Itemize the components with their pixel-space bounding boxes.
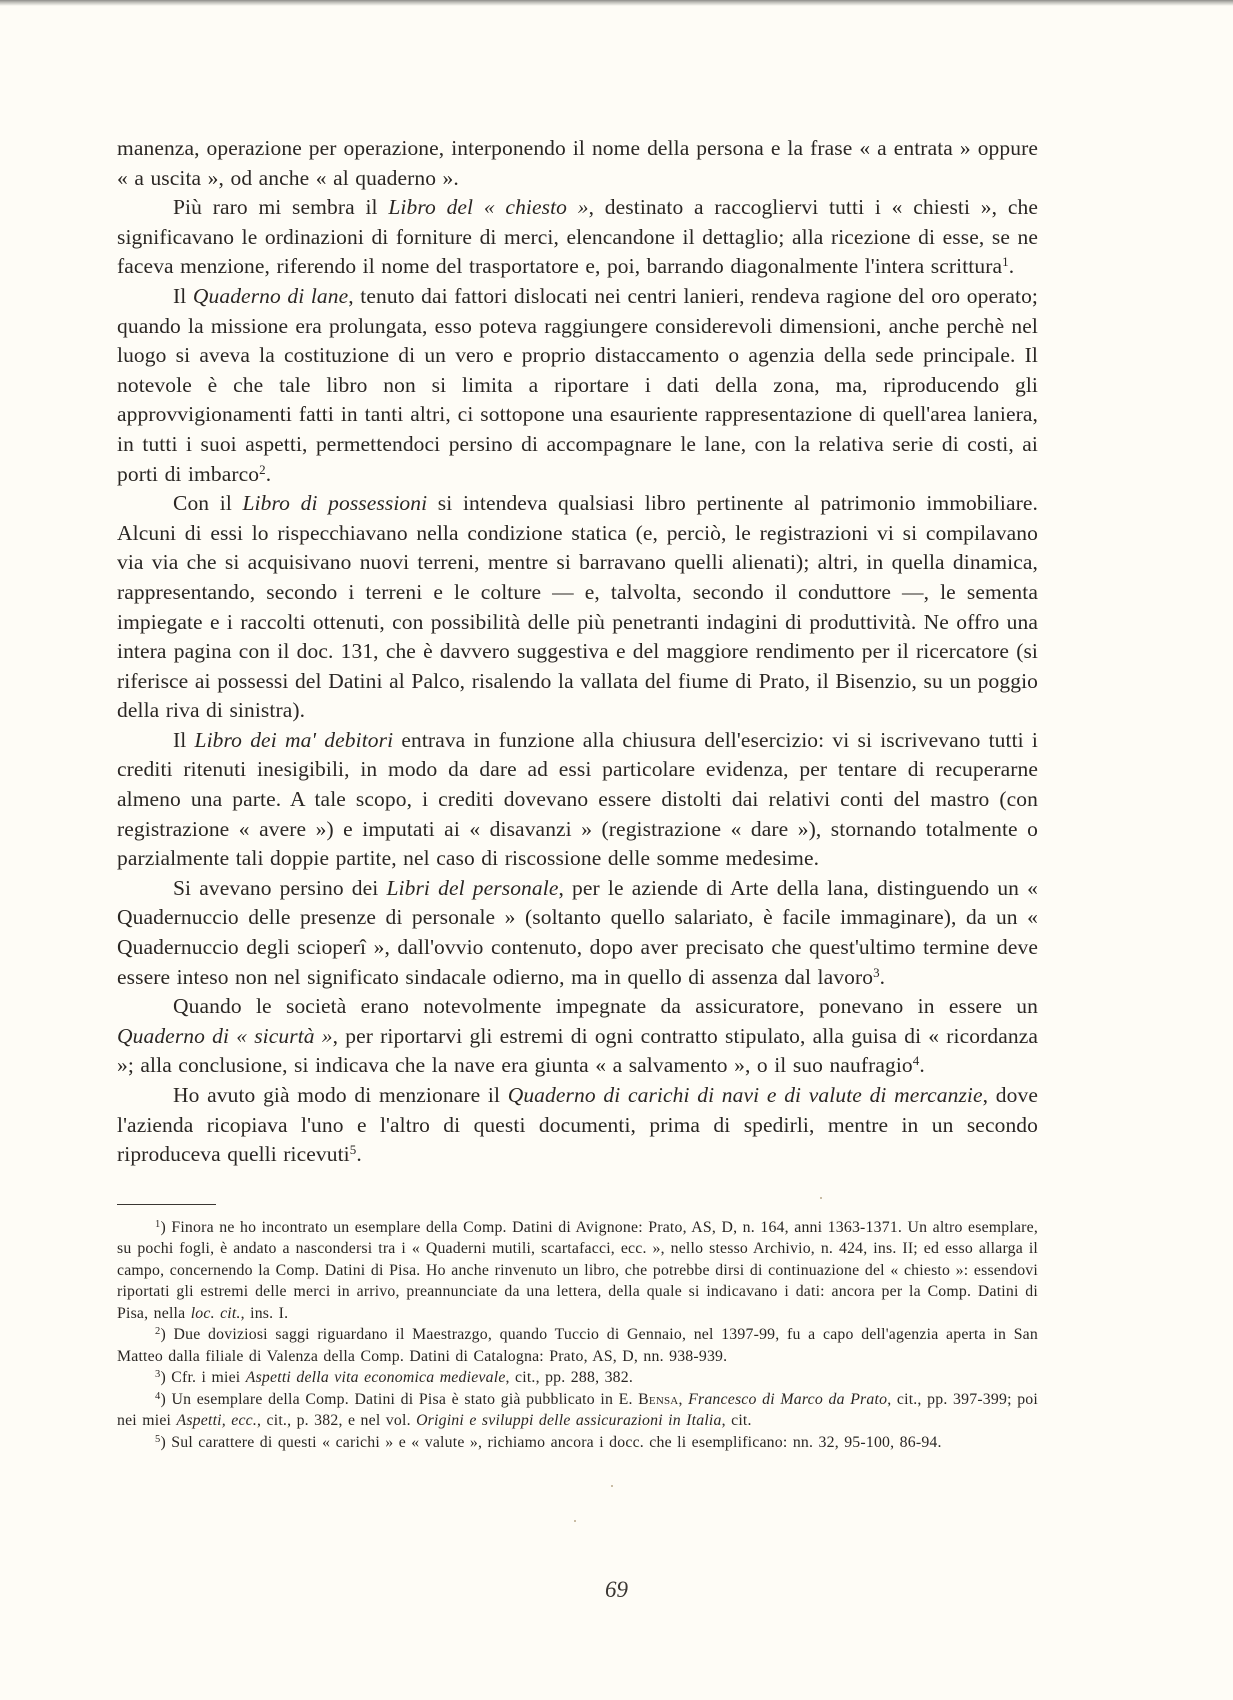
paragraph-libro-del-chiesto: Più raro mi sembra il Libro del « chiest… <box>117 193 1038 282</box>
italic-title: Aspetti, ecc. <box>176 1412 257 1429</box>
text-run: , <box>678 1391 688 1408</box>
italic-title: Libro del « chiesto » <box>388 195 588 219</box>
text-run: , cit., pp. 288, 382. <box>506 1369 633 1386</box>
text-run: . <box>1009 254 1014 278</box>
footnote-reference: 1 <box>1002 254 1009 269</box>
paragraph-libro-di-possessioni: Con il Libro di possessioni si intendeva… <box>117 489 1038 726</box>
footnote-4: 4) Un esemplare della Comp. Datini di Pi… <box>117 1389 1038 1432</box>
italic-title: loc. cit. <box>191 1305 241 1322</box>
italic-title: Francesco di Marco da Prato <box>688 1391 887 1408</box>
scan-speck <box>611 1485 613 1487</box>
italic-title: Quaderno di « sicurtà » <box>117 1024 333 1048</box>
italic-title: Libro dei ma' debitori <box>195 728 394 752</box>
paragraph: manenza, operazione per operazione, inte… <box>117 134 1038 193</box>
paragraph-libri-del-personale: Si avevano persino dei Libri del persona… <box>117 874 1038 992</box>
author-name: Bensa <box>638 1391 678 1408</box>
footnote-5: 5) Sul carattere di questi « carichi » e… <box>117 1432 1038 1454</box>
scan-speck <box>820 1197 822 1199</box>
text-run: . <box>356 1142 361 1166</box>
footnote-2: 2) Due doviziosi saggi riguardano il Mae… <box>117 1324 1038 1367</box>
footnote-reference: 2 <box>259 462 266 477</box>
body-text: manenza, operazione per operazione, inte… <box>117 134 1038 1170</box>
paragraph-libro-dei-ma-debitori: Il Libro dei ma' debitori entrava in fun… <box>117 726 1038 874</box>
text-run: . <box>919 1053 924 1077</box>
text-run: Il <box>173 728 195 752</box>
paragraph-quaderno-di-lane: Il Quaderno di lane, tenuto dai fattori … <box>117 282 1038 489</box>
paragraph-quaderno-di-sicurta: Quando le società erano notevolmente imp… <box>117 992 1038 1081</box>
italic-title: Libro di possessioni <box>243 491 428 515</box>
italic-title: Libri del personale <box>386 876 558 900</box>
footnote-separator-rule <box>117 1204 216 1205</box>
text-run: manenza, operazione per operazione, inte… <box>117 136 1038 190</box>
book-page: manenza, operazione per operazione, inte… <box>117 134 1038 1453</box>
text-run: Con il <box>173 491 243 515</box>
text-run: Un esemplare della Comp. Datini di Pisa … <box>166 1391 638 1408</box>
footnote-reference: 3 <box>873 965 880 980</box>
text-run: , tenuto dai fattori dislocati nei centr… <box>117 284 1038 486</box>
paragraph-quaderno-di-carichi: Ho avuto già modo di menzionare il Quade… <box>117 1081 1038 1170</box>
scan-top-edge <box>0 0 1233 6</box>
text-run: Cfr. i miei <box>166 1369 246 1386</box>
text-run: , cit. <box>722 1412 752 1429</box>
text-run: Quando le società erano notevolmente imp… <box>173 994 1038 1018</box>
footnotes: 1) Finora ne ho incontrato un esemplare … <box>117 1217 1038 1454</box>
italic-title: Quaderno di carichi di navi e di valute … <box>508 1083 983 1107</box>
text-run: , cit., p. 382, e nel vol. <box>257 1412 416 1429</box>
text-run: Si avevano persino dei <box>173 876 386 900</box>
page-number: 69 <box>0 1577 1233 1603</box>
scan-speck <box>574 1520 576 1522</box>
italic-title: Quaderno di lane <box>193 284 348 308</box>
text-run: si intendeva qualsiasi libro pertinente … <box>117 491 1038 722</box>
footnote-1: 1) Finora ne ho incontrato un esemplare … <box>117 1217 1038 1325</box>
italic-title: Aspetti della vita economica medievale <box>246 1369 506 1386</box>
text-run: Due doviziosi saggi riguardano il Maestr… <box>117 1326 1038 1365</box>
text-run: Il <box>173 284 193 308</box>
text-run: Sul carattere di questi « carichi » e « … <box>166 1434 942 1451</box>
italic-title: Origini e sviluppi delle assicurazioni i… <box>416 1412 722 1429</box>
text-run: , ins. I. <box>241 1305 289 1322</box>
text-run: Ho avuto già modo di menzionare il <box>173 1083 508 1107</box>
text-run: Più raro mi sembra il <box>173 195 388 219</box>
text-run: . <box>880 965 885 989</box>
footnote-3: 3) Cfr. i miei Aspetti della vita econom… <box>117 1367 1038 1389</box>
text-run: . <box>266 462 271 486</box>
